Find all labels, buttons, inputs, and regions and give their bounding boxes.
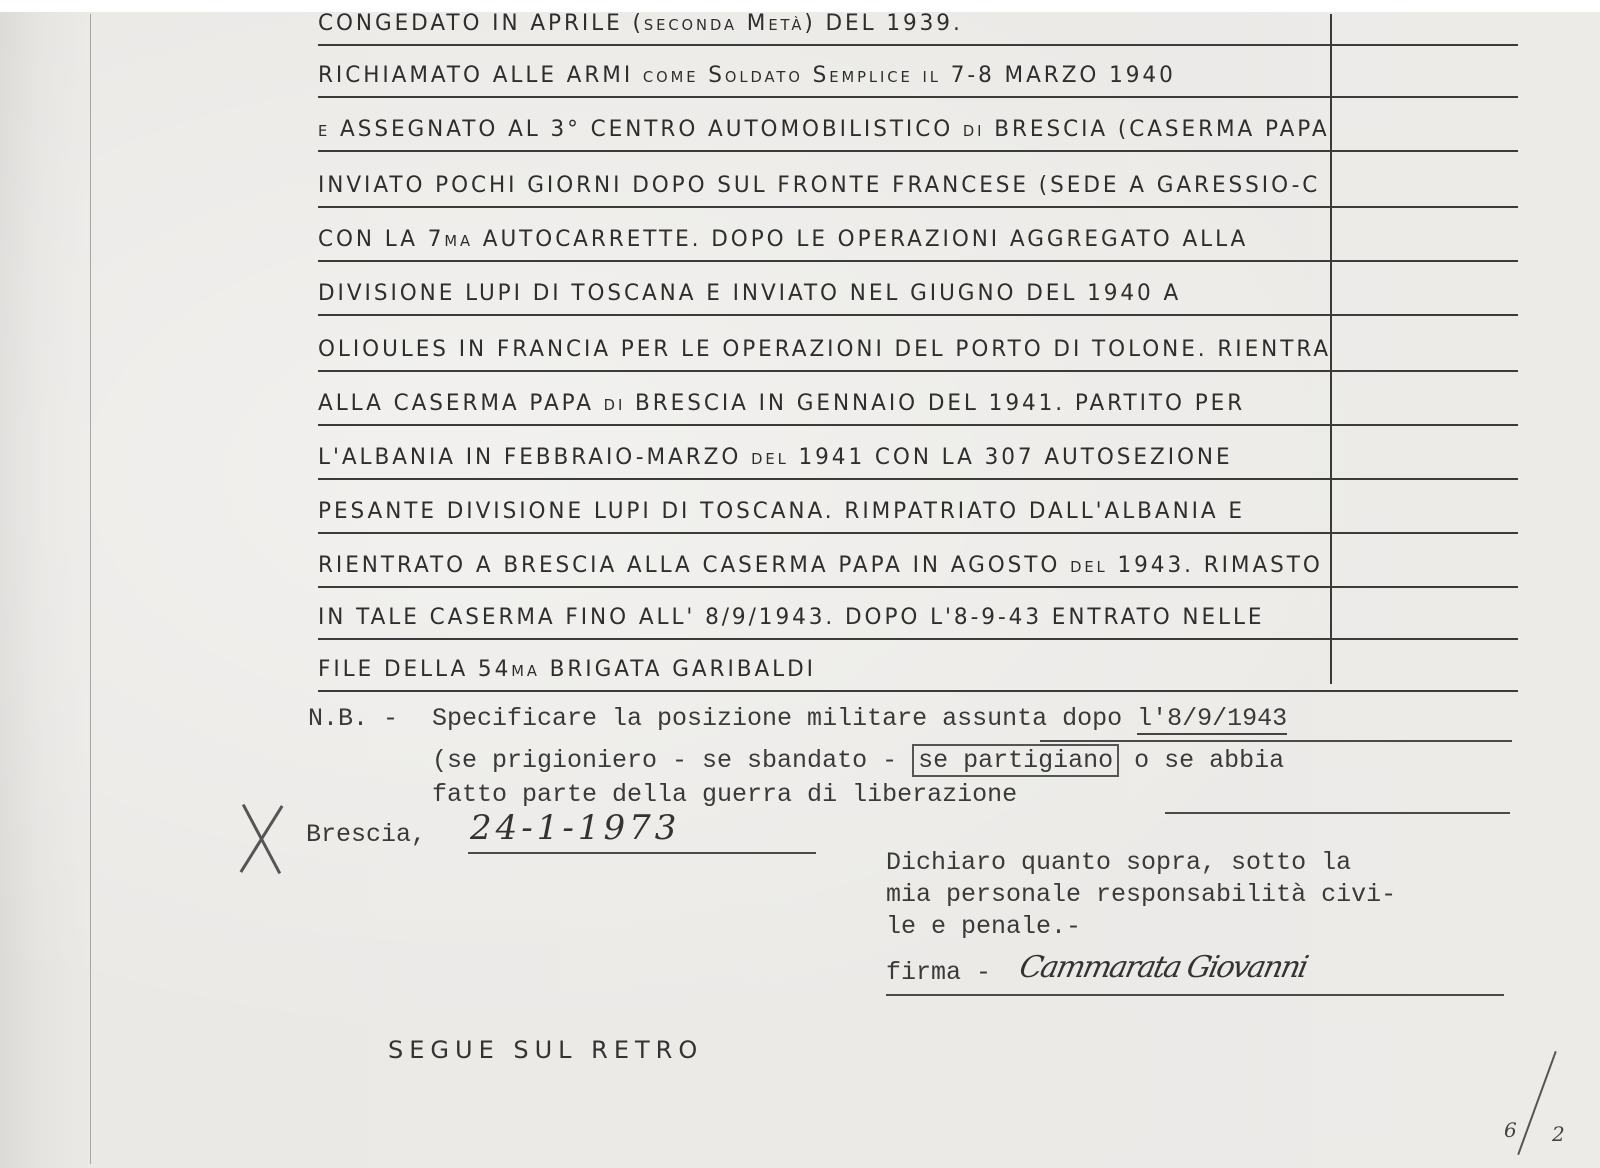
- nb-line-2-end: o se abbia: [1119, 746, 1284, 775]
- handwritten-line-text: OLIOULES IN FRANCIA PER LE OPERAZIONI DE…: [318, 330, 1331, 370]
- declaration-line-1: Dichiaro quanto sopra, sotto la: [886, 848, 1351, 878]
- declaration-line-3: le e penale.-: [886, 912, 1081, 942]
- signature-rule: [886, 994, 1504, 996]
- nb-line-2-text: (se prigioniero - se sbandato -: [432, 746, 912, 775]
- handwritten-line: DIVISIONE LUPI DI TOSCANA E INVIATO NEL …: [318, 274, 1518, 316]
- continued-on-back-note: SEGUE SUL RETRO: [388, 1036, 703, 1064]
- handwritten-line: ALLA CASERMA PAPA di BRESCIA IN GENNAIO …: [318, 384, 1518, 426]
- nb-line-2: (se prigioniero - se sbandato - se parti…: [432, 746, 1284, 776]
- date-rule: [468, 852, 816, 854]
- handwritten-line-text: RIENTRATO A BRESCIA ALLA CASERMA PAPA IN…: [318, 546, 1323, 586]
- handwritten-date: 24-1-1973: [470, 808, 680, 848]
- place-label: Brescia,: [306, 820, 426, 850]
- handwritten-line-text: CONGEDATO IN APRILE (seconda Metà) DEL 1…: [318, 4, 963, 44]
- nb-line-1: Specificare la posizione militare assunt…: [432, 704, 1287, 734]
- nb-line-3: fatto parte della guerra di liberazione: [432, 780, 1017, 810]
- handwritten-line: INVIATO POCHI GIORNI DOPO SUL FRONTE FRA…: [318, 166, 1518, 208]
- handwritten-line: RICHIAMATO ALLE ARMI come Soldato Sempli…: [318, 56, 1518, 98]
- handwritten-line: e ASSEGNATO AL 3° CENTRO AUTOMOBILISTICO…: [318, 110, 1518, 152]
- handwritten-line: CON LA 7ma AUTOCARRETTE. DOPO LE OPERAZI…: [318, 220, 1518, 262]
- handwritten-line-text: IN TALE CASERMA FINO ALL' 8/9/1943. DOPO…: [318, 598, 1264, 638]
- handwritten-line: OLIOULES IN FRANCIA PER LE OPERAZIONI DE…: [318, 330, 1518, 372]
- handwritten-line-text: ALLA CASERMA PAPA di BRESCIA IN GENNAIO …: [318, 384, 1245, 424]
- page-marker-slash: [1517, 1051, 1557, 1155]
- nb-line-1-text: Specificare la posizione militare assunt…: [432, 704, 1137, 733]
- handwritten-line: L'ALBANIA IN FEBBRAIO-MARZO del 1941 CON…: [318, 438, 1518, 480]
- handwritten-line-text: L'ALBANIA IN FEBBRAIO-MARZO del 1941 CON…: [318, 438, 1233, 478]
- nb-line-3-rule: [1165, 812, 1510, 814]
- signature-label: firma -: [886, 958, 991, 988]
- page-marker: 6 2: [1500, 1040, 1570, 1160]
- nb-label: N.B. -: [308, 704, 398, 734]
- declaration-line-2: mia personale responsabilità civi-: [886, 880, 1396, 910]
- nb-line-1-rule: [1040, 740, 1512, 742]
- handwritten-line-text: CON LA 7ma AUTOCARRETTE. DOPO LE OPERAZI…: [318, 220, 1248, 260]
- partigiano-selection: se partigiano: [912, 744, 1119, 777]
- handwritten-line-text: RICHIAMATO ALLE ARMI come Soldato Sempli…: [318, 56, 1176, 96]
- page-marker-b: 2: [1552, 1122, 1565, 1146]
- handwritten-line: FILE DELLA 54ma BRIGATA GARIBALDI: [318, 650, 1518, 692]
- page-marker-a: 6: [1504, 1118, 1517, 1142]
- handwritten-line: IN TALE CASERMA FINO ALL' 8/9/1943. DOPO…: [318, 598, 1518, 640]
- nb-reference-date: l'8/9/1943: [1137, 704, 1287, 735]
- x-mark: [232, 804, 292, 874]
- handwritten-line-text: e ASSEGNATO AL 3° CENTRO AUTOMOBILISTICO…: [318, 110, 1330, 150]
- handwritten-line: RIENTRATO A BRESCIA ALLA CASERMA PAPA IN…: [318, 546, 1518, 588]
- handwritten-line: CONGEDATO IN APRILE (seconda Metà) DEL 1…: [318, 4, 1518, 46]
- handwritten-line-text: DIVISIONE LUPI DI TOSCANA E INVIATO NEL …: [318, 274, 1181, 314]
- handwritten-line: PESANTE DIVISIONE LUPI DI TOSCANA. RIMPA…: [318, 492, 1518, 534]
- signature: Cammarata Giovanni: [1016, 950, 1309, 985]
- handwritten-line-text: PESANTE DIVISIONE LUPI DI TOSCANA. RIMPA…: [318, 492, 1245, 532]
- handwritten-line-text: FILE DELLA 54ma BRIGATA GARIBALDI: [318, 650, 816, 690]
- left-margin-line: [90, 14, 91, 1164]
- handwritten-line-text: INVIATO POCHI GIORNI DOPO SUL FRONTE FRA…: [318, 166, 1320, 206]
